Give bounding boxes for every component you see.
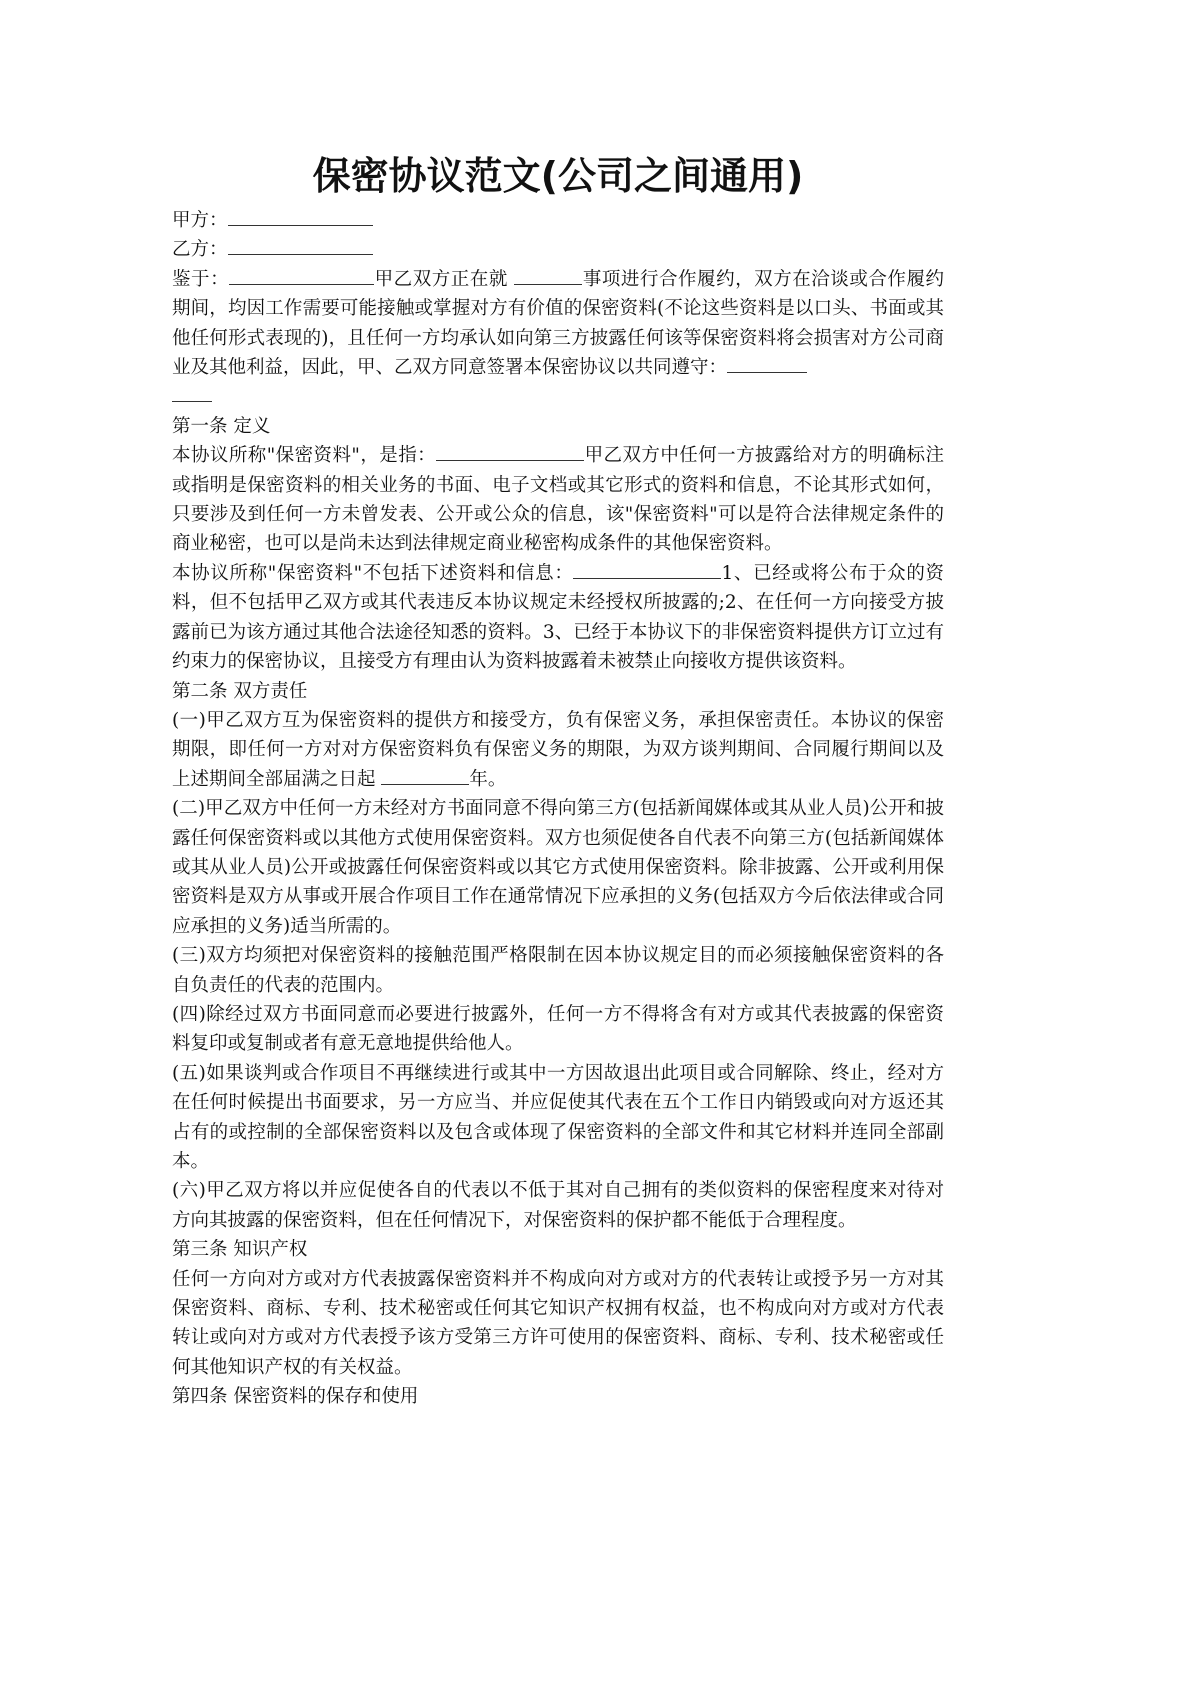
document-title: 保密协议范文(公司之间通用)	[172, 146, 944, 206]
article-1-paragraph-2: 本协议所称"保密资料"不包括下述资料和信息：1、已经或将公布于众的资料，但不包括…	[172, 559, 944, 677]
article-2-item-1: (一)甲乙双方互为保密资料的提供方和接受方，负有保密义务，承担保密责任。本协议的…	[172, 706, 944, 794]
whereas-text-2: 事项进行合作履约，双方在洽谈或合作履约期间，均因工作需要可能接触或掌握对方有价值…	[172, 269, 944, 378]
document-page: 保密协议范文(公司之间通用) 甲方： 乙方： 鉴于：甲乙双方正在就 事项进行合作…	[172, 146, 944, 1412]
article-2-item-2: (二)甲乙双方中任何一方未经对方书面同意不得向第三方(包括新闻媒体或其从业人员)…	[172, 794, 944, 941]
article-1-blank-2[interactable]	[573, 560, 721, 579]
party-a-line: 甲方：	[172, 206, 944, 235]
party-b-label: 乙方：	[172, 239, 228, 260]
party-b-line: 乙方：	[172, 235, 944, 264]
article-3-paragraph: 任何一方向对方或对方代表披露保密资料并不构成向对方或对方的代表转让或授予另一方对…	[172, 1265, 944, 1383]
whereas-blank-2[interactable]	[514, 266, 582, 285]
article-2-item-6: (六)甲乙双方将以并应促使各自的代表以不低于其对自己拥有的类似资料的保密程度来对…	[172, 1176, 944, 1235]
whereas-blank-1[interactable]	[229, 266, 374, 285]
whereas-blank-3[interactable]	[727, 354, 807, 373]
article-1-blank-1[interactable]	[436, 442, 584, 461]
article-2-item-1-text: (一)甲乙双方互为保密资料的提供方和接受方，负有保密义务，承担保密责任。本协议的…	[172, 710, 944, 790]
whereas-blank-3-wrap[interactable]	[172, 383, 212, 402]
article-2-item-3: (三)双方均须把对保密资料的接触范围严格限制在因本协议规定目的而必须接触保密资料…	[172, 941, 944, 1000]
party-a-label: 甲方：	[172, 210, 228, 231]
whereas-label: 鉴于：	[172, 269, 229, 290]
whereas-text-1: 甲乙双方正在就	[374, 269, 514, 290]
article-2-item-5: (五)如果谈判或合作项目不再继续进行或其中一方因故退出此项目或合同解除、终止，经…	[172, 1059, 944, 1177]
article-3-heading: 第三条 知识产权	[172, 1235, 944, 1264]
article-2-years-blank[interactable]	[381, 766, 469, 785]
party-a-blank[interactable]	[228, 207, 373, 226]
article-1-p1-prefix: 本协议所称"保密资料"，是指：	[172, 445, 436, 466]
article-4-heading: 第四条 保密资料的保存和使用	[172, 1382, 944, 1411]
article-2-item-4: (四)除经过双方书面同意而必要进行披露外，任何一方不得将含有对方或其代表披露的保…	[172, 1000, 944, 1059]
whereas-blank-continuation	[172, 382, 944, 411]
article-1-p2-prefix: 本协议所称"保密资料"不包括下述资料和信息：	[172, 563, 573, 584]
article-2-item-1-suffix: 年。	[469, 769, 506, 790]
article-1-paragraph-1: 本协议所称"保密资料"，是指：甲乙双方中任何一方披露给对方的明确标注或指明是保密…	[172, 441, 944, 559]
whereas-paragraph: 鉴于：甲乙双方正在就 事项进行合作履约，双方在洽谈或合作履约期间，均因工作需要可…	[172, 265, 944, 383]
article-2-heading: 第二条 双方责任	[172, 677, 944, 706]
party-b-blank[interactable]	[228, 236, 373, 255]
article-1-heading: 第一条 定义	[172, 412, 944, 441]
